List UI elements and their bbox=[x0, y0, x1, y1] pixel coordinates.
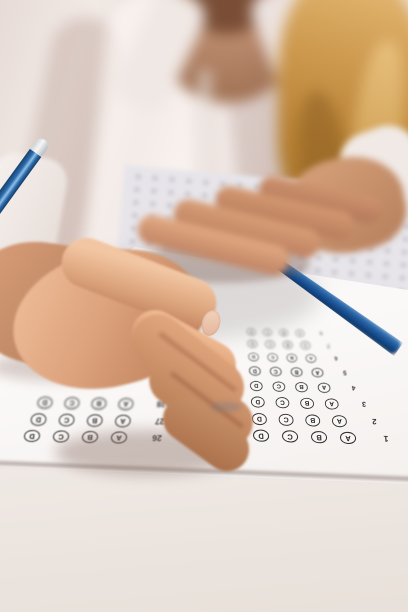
answer-bubble-b: B bbox=[91, 398, 107, 410]
bubble-letter: A bbox=[120, 417, 126, 424]
bubble-letter: C bbox=[58, 433, 64, 441]
answer-bubble-c: C bbox=[275, 398, 289, 409]
bubble-letter: D bbox=[251, 342, 255, 347]
question-row: 1ABCD bbox=[253, 428, 398, 447]
answer-bubble-a: A bbox=[118, 399, 134, 411]
bubble-letter: C bbox=[287, 433, 293, 441]
answer-bubble-a: A bbox=[305, 354, 316, 363]
bubble-letter: A bbox=[304, 343, 308, 348]
bubble-letter: A bbox=[298, 331, 301, 335]
bubble-letter: B bbox=[290, 355, 294, 360]
answer-bubble-a: A bbox=[300, 341, 310, 349]
answer-bubble-d: D bbox=[250, 381, 263, 391]
bubble-letter: A bbox=[337, 418, 342, 425]
bubble-letter: D bbox=[250, 330, 253, 334]
question-row: 7ABCD bbox=[247, 339, 335, 350]
answer-bubble-a: A bbox=[340, 431, 357, 444]
question-row: 8ABCD bbox=[246, 328, 327, 339]
question-number: 8 bbox=[315, 331, 328, 337]
question-number: 3 bbox=[354, 401, 373, 410]
bubble-letter: C bbox=[268, 342, 272, 347]
question-row: 3ABCD bbox=[251, 396, 374, 412]
bubble-letter: C bbox=[271, 355, 275, 360]
answer-bubble-a: A bbox=[311, 368, 323, 377]
answer-bubble-d: D bbox=[251, 397, 265, 408]
answer-bubble-d: D bbox=[248, 353, 259, 362]
answer-bubble-a: A bbox=[318, 383, 331, 393]
question-row: 28ABCD bbox=[37, 396, 172, 412]
question-row: 4ABCD bbox=[250, 380, 363, 395]
question-row: 2ABCD bbox=[252, 412, 385, 429]
question-number: 6 bbox=[329, 356, 344, 363]
answer-bubble-c: C bbox=[64, 398, 80, 410]
answer-bubble-b: B bbox=[283, 341, 293, 349]
answer-bubble-b: B bbox=[311, 431, 328, 444]
answer-bubble-d: D bbox=[23, 430, 40, 443]
bubble-letter: D bbox=[36, 416, 42, 423]
answer-bubble-c: C bbox=[58, 414, 75, 426]
question-row: 27ABCD bbox=[30, 412, 171, 429]
bubble-letter: D bbox=[252, 354, 256, 359]
answer-bubble-b: B bbox=[279, 329, 288, 336]
answer-bubble-c: C bbox=[270, 367, 282, 376]
question-number: 5 bbox=[337, 370, 353, 378]
pen-tip-shadow bbox=[210, 402, 242, 412]
answer-bubble-b: B bbox=[300, 398, 314, 409]
bubble-letter: B bbox=[316, 433, 322, 441]
answer-bubble-d: D bbox=[249, 366, 261, 375]
answer-bubble-d: D bbox=[30, 413, 47, 425]
bubble-letter: B bbox=[310, 417, 315, 424]
bubble-letter: B bbox=[286, 342, 290, 347]
answer-bubble-d: D bbox=[252, 413, 267, 425]
answer-bubble-c: C bbox=[265, 340, 275, 348]
question-number: 4 bbox=[345, 384, 363, 392]
bubble-letter: A bbox=[322, 385, 327, 391]
question-row: 5ABCD bbox=[249, 365, 353, 379]
bubble-letter: D bbox=[255, 399, 260, 406]
bubble-letter: A bbox=[309, 356, 313, 361]
bubble-letter: C bbox=[64, 416, 70, 423]
bubble-letter: A bbox=[123, 401, 129, 408]
photo-scene: 1ABCD2ABCD3ABCD4ABCD5ABCD6ABCD7ABCD8ABCD… bbox=[0, 0, 408, 612]
bubble-letter: D bbox=[257, 416, 262, 423]
answer-bubble-c: C bbox=[267, 353, 278, 362]
answer-bubble-b: B bbox=[305, 415, 320, 427]
bubble-letter: D bbox=[253, 368, 257, 374]
answer-bubble-a: A bbox=[295, 330, 304, 337]
answer-bubble-b: B bbox=[86, 414, 103, 426]
bubble-letter: D bbox=[42, 400, 48, 407]
bubble-letter: A bbox=[345, 434, 351, 442]
answer-bubble-c: C bbox=[278, 414, 293, 426]
bubble-letter: B bbox=[295, 369, 299, 375]
answer-bubble-b: B bbox=[286, 354, 297, 363]
question-row: 6ABCD bbox=[248, 352, 344, 364]
answer-bubble-d: D bbox=[247, 328, 256, 335]
bubble-letter: C bbox=[277, 384, 282, 390]
question-number: 1 bbox=[375, 434, 398, 445]
bubble-letter: B bbox=[299, 384, 304, 390]
question-number: 7 bbox=[322, 343, 336, 349]
bubble-letter: B bbox=[282, 331, 285, 335]
answer-bubble-a: A bbox=[325, 399, 339, 410]
answer-bubble-b: B bbox=[295, 382, 308, 392]
answer-bubble-d: D bbox=[253, 429, 270, 442]
answer-bubble-c: C bbox=[272, 382, 285, 392]
bubble-letter: C bbox=[280, 400, 285, 407]
bubble-letter: C bbox=[266, 330, 269, 334]
answer-bubble-b: B bbox=[291, 367, 303, 376]
bubble-letter: C bbox=[274, 369, 278, 375]
bubble-letter: B bbox=[305, 401, 310, 408]
bubble-letter: C bbox=[69, 400, 75, 407]
bubble-letter: B bbox=[92, 417, 98, 424]
answer-bubble-d: D bbox=[247, 340, 257, 348]
bubble-letter: D bbox=[29, 432, 35, 440]
answer-bubble-a: A bbox=[332, 415, 347, 427]
bubble-letter: D bbox=[254, 383, 259, 389]
answer-bubble-d: D bbox=[37, 397, 53, 409]
bubble-letter: D bbox=[258, 432, 264, 440]
answer-bubble-c: C bbox=[282, 430, 299, 443]
question-number: 2 bbox=[364, 417, 385, 427]
answer-bubble-a: A bbox=[114, 415, 131, 427]
bubble-letter: A bbox=[329, 401, 334, 408]
bubble-letter: A bbox=[315, 370, 319, 376]
bubble-letter: B bbox=[96, 401, 102, 408]
answer-bubble-c: C bbox=[263, 329, 272, 336]
bubble-letter: C bbox=[283, 416, 288, 423]
